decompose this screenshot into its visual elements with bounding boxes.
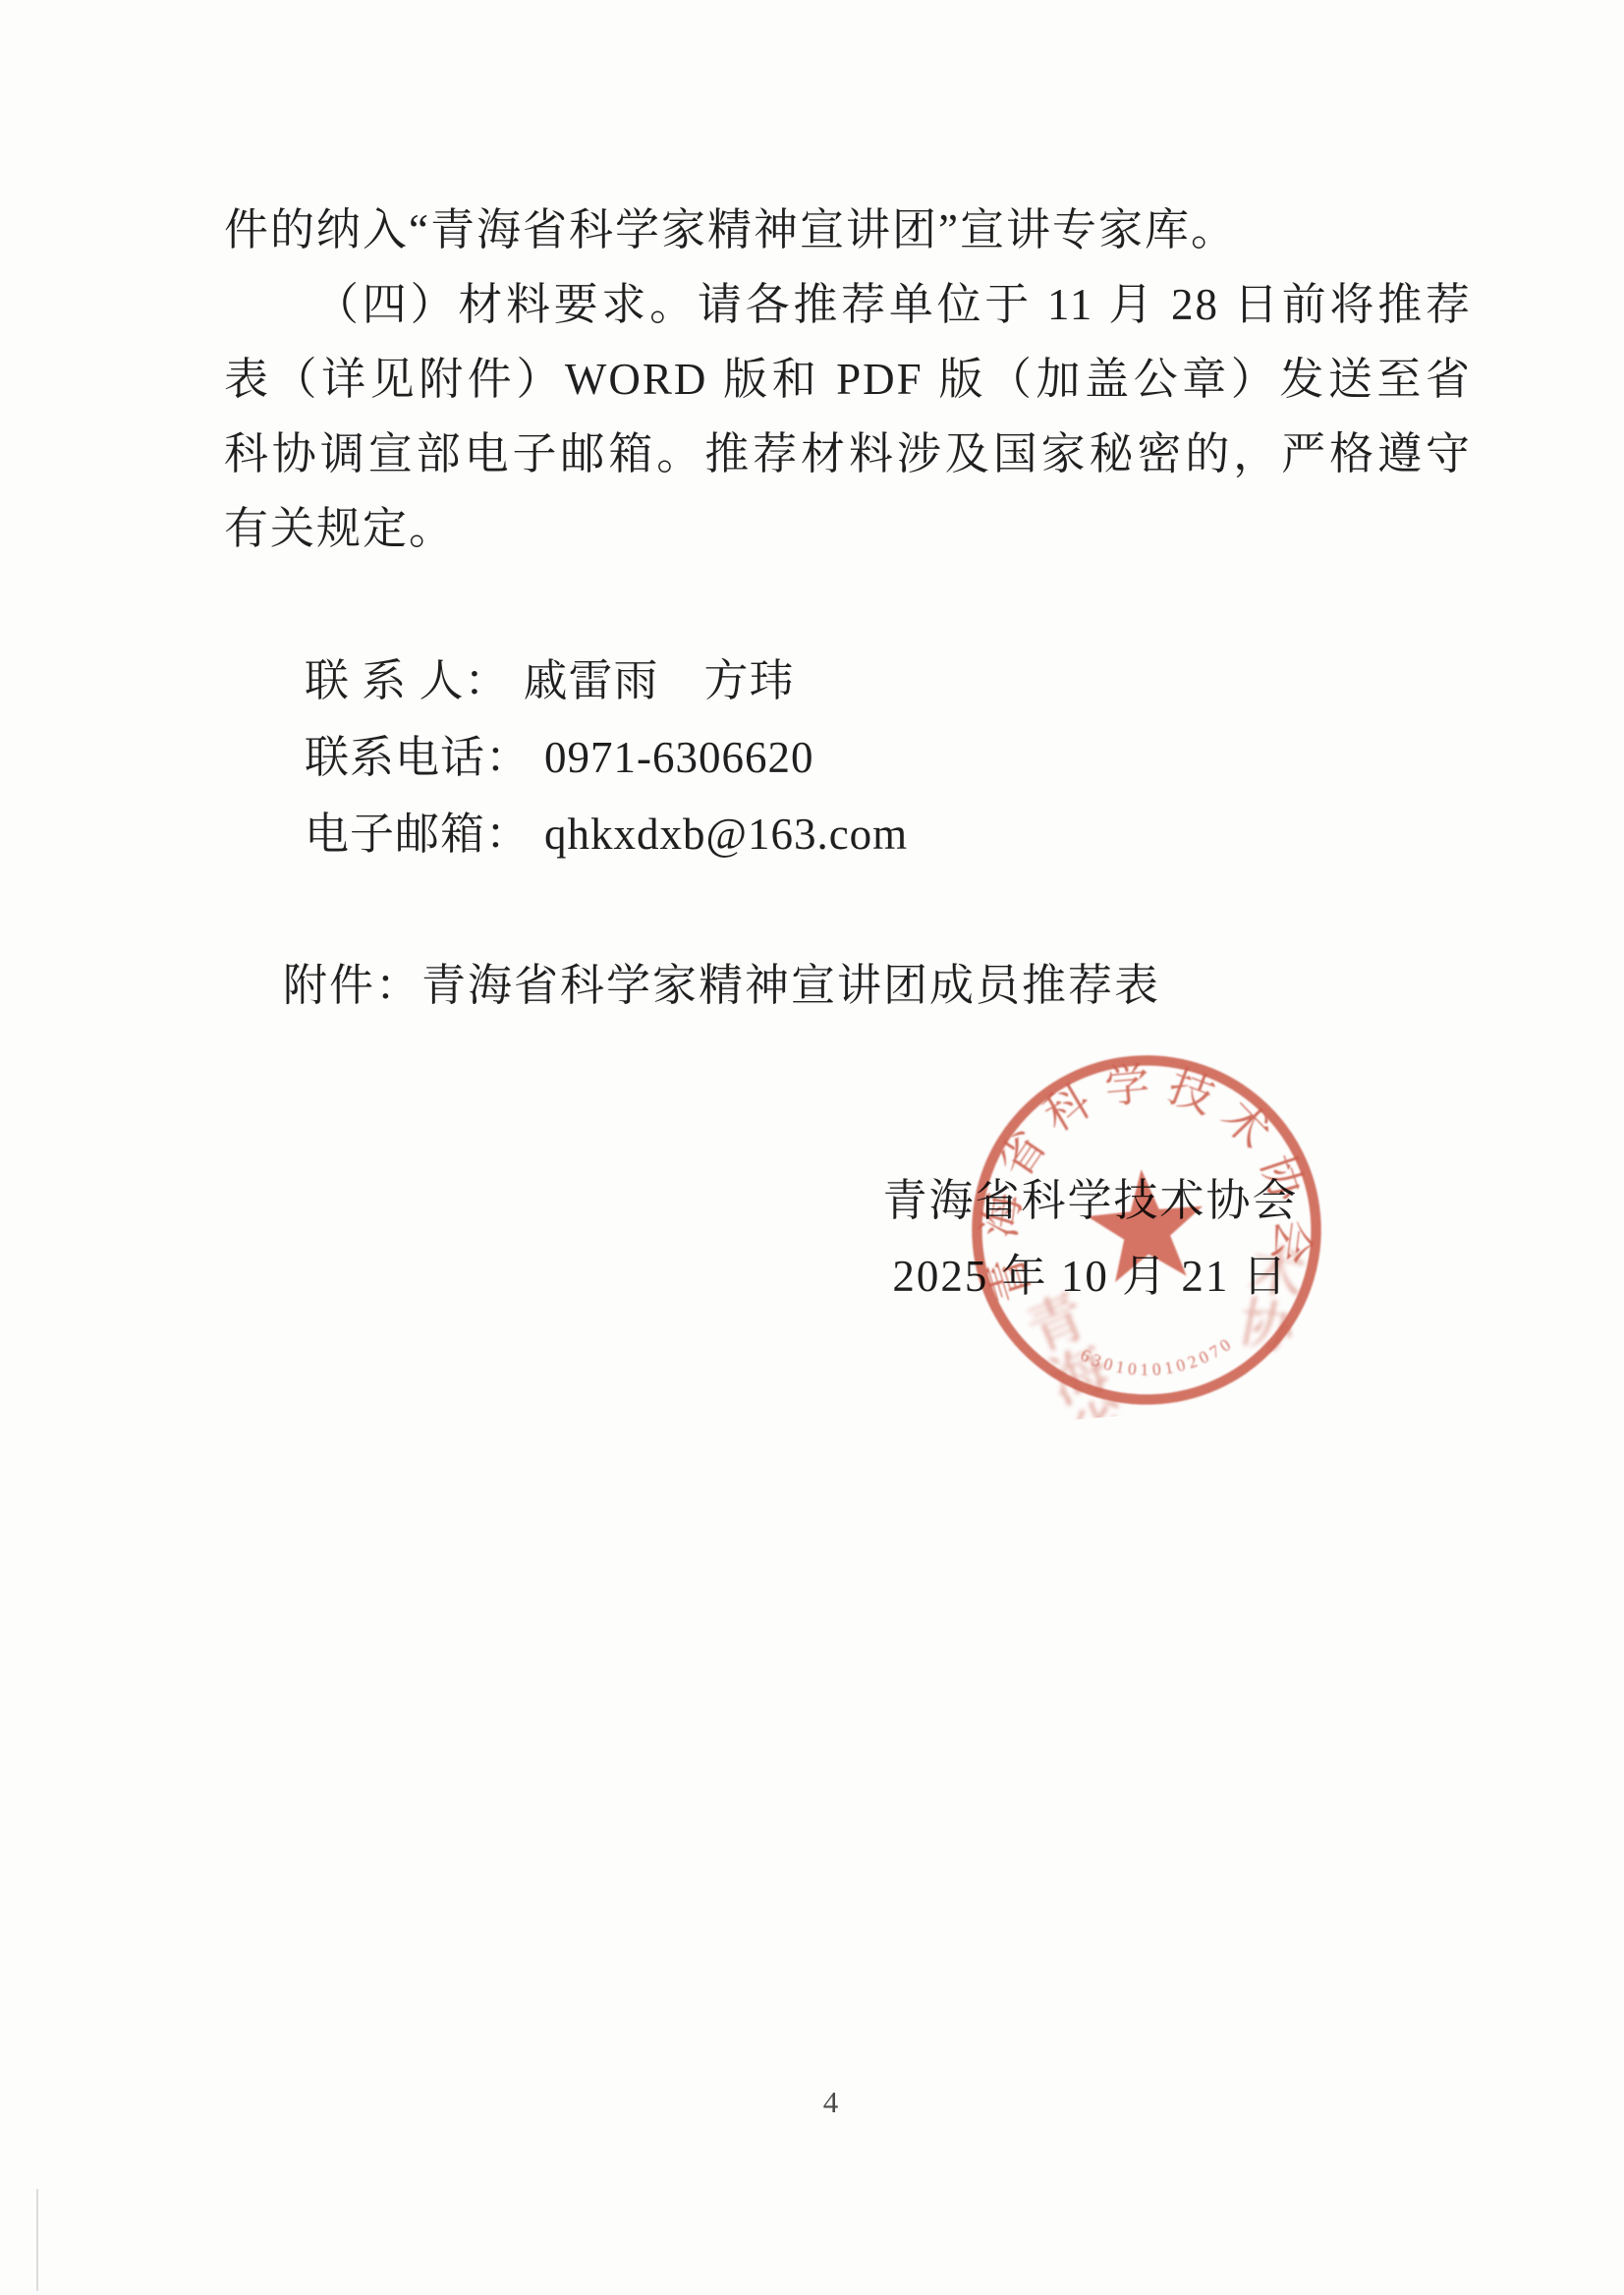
contact-email-row: 电子邮箱：qhkxdxb@163.com	[305, 796, 908, 872]
contact-person-value: 戚雷雨 方玮	[524, 656, 795, 705]
contact-person-label: 联 系 人：	[305, 656, 510, 705]
page-number: 4	[0, 2085, 1624, 2120]
attachment-line: 附件：青海省科学家精神宣讲团成员推荐表	[283, 947, 1160, 1024]
contact-email-label: 电子邮箱：	[305, 810, 531, 859]
body-line-2: （四）材料要求。请各推荐单位于 11 月 28 日前将推荐	[224, 267, 1472, 342]
signature-block: 青海省科学技术协会 2025 年 10 月 21 日	[845, 1163, 1336, 1315]
signature-date: 2025 年 10 月 21 日	[845, 1239, 1336, 1315]
body-line-1: 件的纳入“青海省科学家精神宣讲团”宣讲专家库。	[224, 193, 1472, 267]
contact-phone-value: 0971-6306620	[544, 733, 814, 782]
seal-code: 6301010102070	[1076, 1331, 1239, 1385]
contact-phone-label: 联系电话：	[305, 733, 531, 782]
body-text: 件的纳入“青海省科学家精神宣讲团”宣讲专家库。 （四）材料要求。请各推荐单位于 …	[224, 193, 1472, 566]
body-line-5: 有关规定。	[224, 491, 1472, 566]
body-line-4: 科协调宣部电子邮箱。推荐材料涉及国家秘密的，严格遵守	[224, 417, 1472, 491]
signature-org: 青海省科学技术协会	[845, 1163, 1336, 1239]
contact-phone-row: 联系电话：0971-6306620	[305, 719, 908, 796]
scan-artifact-line	[36, 2189, 38, 2291]
contact-email-value: qhkxdxb@163.com	[544, 810, 908, 859]
seal-code-path: 6301010102070	[1076, 1331, 1239, 1385]
contact-info: 联 系 人：戚雷雨 方玮 联系电话：0971-6306620 电子邮箱：qhkx…	[305, 643, 908, 872]
contact-person-row: 联 系 人：戚雷雨 方玮	[305, 643, 908, 719]
document-page: 件的纳入“青海省科学家精神宣讲团”宣讲专家库。 （四）材料要求。请各推荐单位于 …	[0, 0, 1624, 2295]
body-line-3: 表（详见附件）WORD 版和 PDF 版（加盖公章）发送至省	[224, 342, 1472, 417]
